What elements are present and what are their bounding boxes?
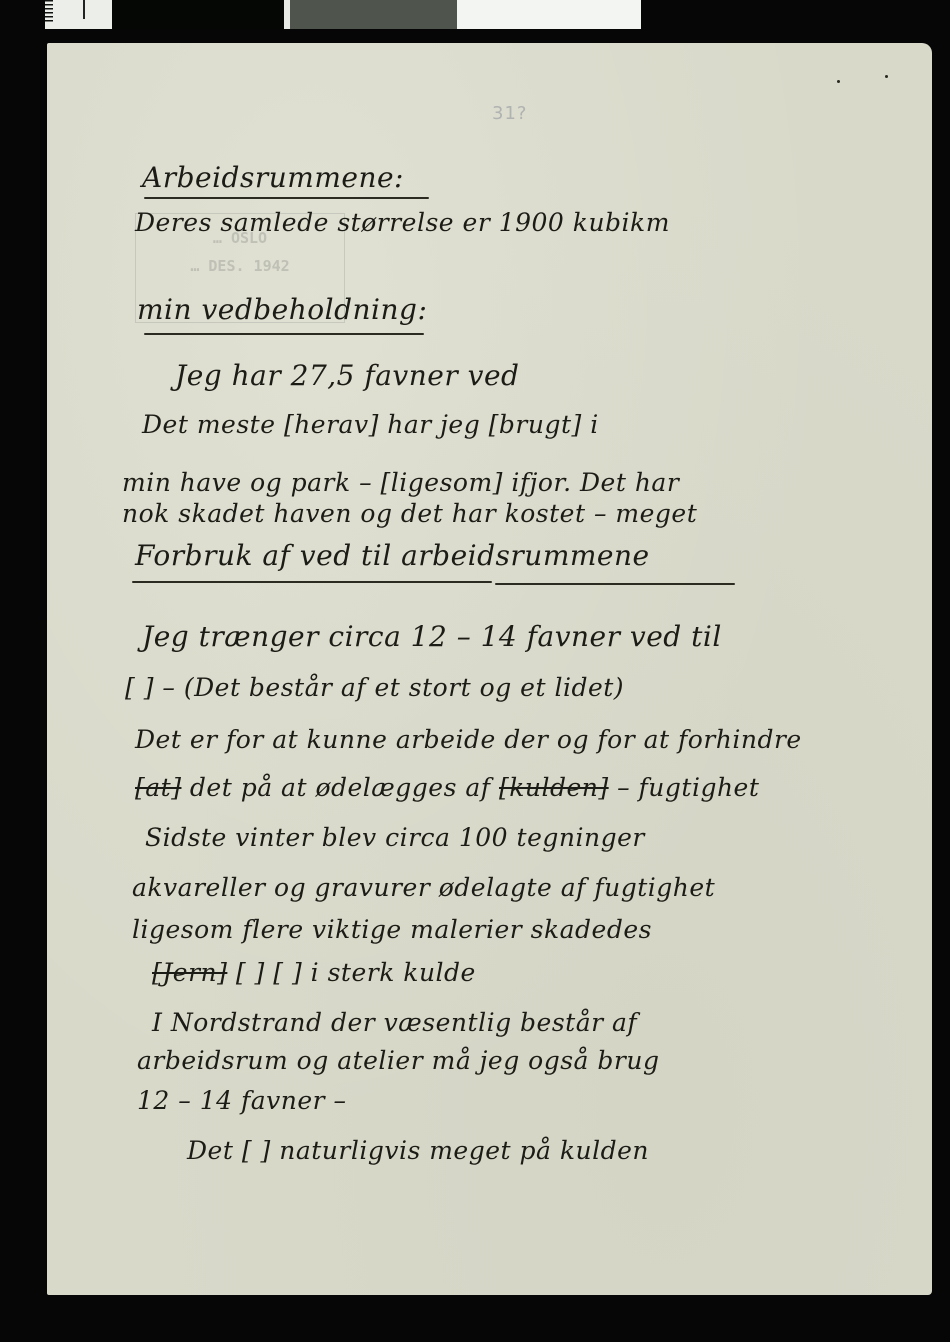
text-line: nok skadet haven og det har kostet – meg… <box>122 499 697 528</box>
color-bar-white <box>457 0 641 29</box>
scale-mark <box>83 0 85 19</box>
archive-color-bar <box>45 0 641 29</box>
text-line: [ ] – (Det består af et stort og et lide… <box>125 673 624 702</box>
text-line: Det meste [herav] har jeg [brugt] i <box>142 410 599 439</box>
text-segment: skadedes <box>531 915 652 944</box>
color-bar-gray <box>290 0 457 29</box>
heading-underline <box>495 583 735 585</box>
text-segment: – fugtighet <box>609 773 760 802</box>
text-segment: [ ] [ ] i sterk kulde <box>227 958 475 987</box>
pin-hole <box>837 80 840 83</box>
heading-underline <box>144 333 424 335</box>
scale-ticks <box>45 0 53 24</box>
color-bar-scale <box>45 0 112 29</box>
text-line: ligesom flere viktige malerier skadedes <box>132 915 652 944</box>
text-line: Sidste vinter blev circa 100 tegninger <box>145 823 645 852</box>
text-line: arbeidsrum og atelier må jeg også brug <box>137 1046 659 1075</box>
struck-word: [at] <box>135 773 181 802</box>
text-line-with-strikethrough: [Jern] [ ] [ ] i sterk kulde <box>152 958 476 987</box>
color-bar-black <box>112 0 284 29</box>
text-line: 12 – 14 favner – <box>137 1086 347 1115</box>
text-line-with-strikethrough: [at] det på at ødelægges af [kulden] – f… <box>135 773 759 802</box>
stamp-line-2: … DES. 1942 <box>144 252 336 280</box>
text-segment: det på at ødelægges af <box>181 773 499 802</box>
heading-underline <box>132 581 492 583</box>
text-line: min have og park – [ligesom] ifjor. Det … <box>122 468 679 497</box>
folio-mark: 31? <box>492 103 527 124</box>
heading-work-rooms: Arbeidsrummene: <box>142 161 404 194</box>
heading-underline <box>144 197 429 199</box>
text-line: Det er for at kunne arbeide der og for a… <box>135 725 802 754</box>
text-segment: ligesom flere viktige malerier <box>132 915 531 944</box>
text-line: Det [ ] naturligvis meget på kulden <box>187 1136 649 1165</box>
struck-word: [kulden] <box>499 773 609 802</box>
text-line: I Nordstrand der væsentlig består af <box>152 1008 637 1037</box>
manuscript-page: 31? … OSLO … DES. 1942 Arbeidsrummene: D… <box>47 43 932 1295</box>
heading-wood-supply: min vedbeholdning: <box>137 293 427 326</box>
text-line: Jeg har 27,5 favner ved <box>175 359 519 392</box>
line-total-size: Deres samlede størrelse er 1900 kubikm <box>135 208 670 237</box>
text-line: Jeg trænger circa 12 – 14 favner ved til <box>142 620 722 653</box>
pin-hole <box>885 75 888 78</box>
heading-wood-consumption: Forbruk af ved til arbeidsrummene <box>135 539 650 572</box>
text-line: akvareller og gravurer ødelagte af fugti… <box>132 873 715 902</box>
struck-word: [Jern] <box>152 958 227 987</box>
